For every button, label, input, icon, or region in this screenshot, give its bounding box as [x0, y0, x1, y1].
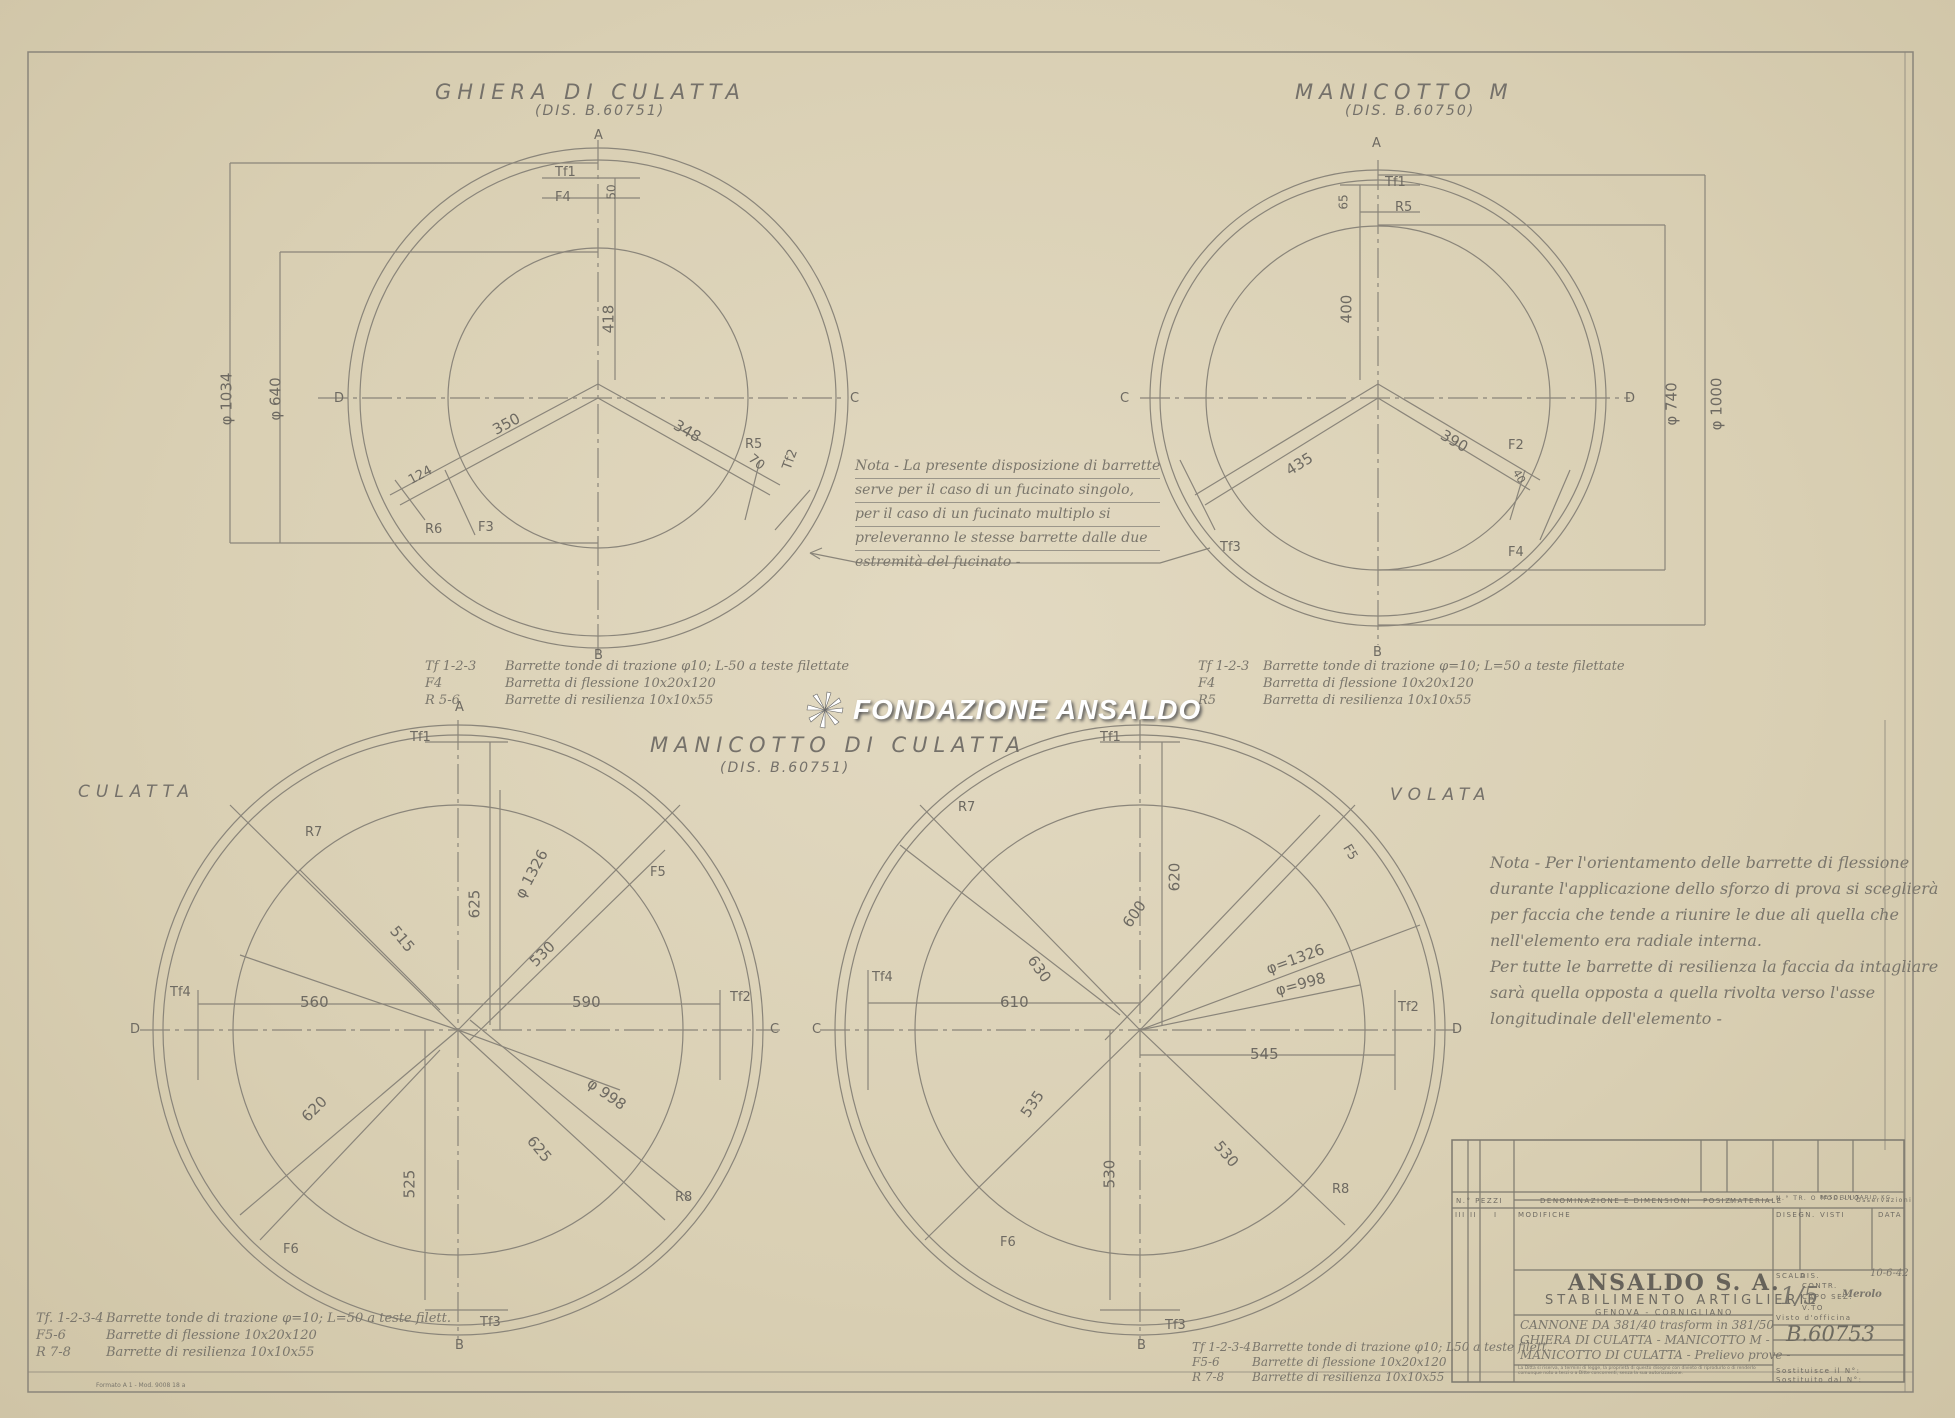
ghiera-axis-c: C [850, 391, 859, 406]
vol-label-tf2: Tf2 [1398, 1000, 1419, 1015]
volata-label: VOLATA [1390, 785, 1491, 805]
cul-label-f5: F5 [650, 865, 666, 880]
manicotto-m-title: MANICOTTO M [1295, 80, 1514, 104]
ghiera-title: GHIERA DI CULATTA [435, 80, 746, 104]
legend-text: Barretta di flessione 10x20x120 [505, 676, 716, 691]
legend-text: Barrette tonde di trazione φ=10; L=50 a … [106, 1311, 451, 1326]
tb-mod-modifiche: MODIFICHE [1518, 1211, 1571, 1219]
mm-label-f2: F2 [1508, 438, 1524, 453]
cul-dim-590: 590 [572, 993, 601, 1011]
tb-mod-ii: II [1470, 1211, 1477, 1219]
cul-label-tf4: Tf4 [170, 985, 191, 1000]
note-line: sarà quella opposta a quella rivolta ver… [1490, 980, 1938, 1006]
vol-label-tf4: Tf4 [872, 970, 893, 985]
legend-code: F4 [425, 675, 505, 692]
tb-sostituisce: Sostituisce il N°: [1776, 1367, 1860, 1375]
legend-text: Barretta di flessione 10x20x120 [1263, 676, 1474, 691]
company-division: STABILIMENTO ARTIGLIERIE [1545, 1293, 1820, 1308]
vol-label-tf3: Tf3 [1165, 1318, 1186, 1333]
mm-axis-d: D [1625, 391, 1635, 406]
cul-label-tf2: Tf2 [730, 990, 751, 1005]
cul-axis-d: D [130, 1022, 140, 1037]
ghiera-legend: Tf 1-2-3Barrette tonde di trazione φ10; … [425, 658, 849, 709]
note-line: Per tutte le barrette di resilienza la f… [1490, 954, 1938, 980]
vol-label-r7: R7 [958, 800, 975, 815]
note-line: Nota - La presente disposizione di barre… [855, 455, 1160, 479]
culatta-label: CULATTA [78, 782, 195, 802]
ghiera-label-tf1: Tf1 [555, 165, 576, 180]
legend-code: Tf 1-2-3 [1198, 658, 1263, 675]
ghiera-axis-a: A [594, 128, 603, 143]
watermark-text: FONDAZIONE ANSALDO [853, 694, 1201, 726]
mm-label-r5: R5 [1395, 200, 1412, 215]
tb-sostituito: Sostituito dal N°: [1776, 1376, 1862, 1384]
tb-vto-label: V.TO [1802, 1304, 1824, 1312]
note-line: preleveranno le stesse barrette dalle du… [855, 527, 1160, 551]
note-line: per il caso di un fucinato multiplo si [855, 503, 1160, 527]
note-line: Nota - Per l'orientamento delle barrette… [1490, 850, 1938, 876]
legend-text: Barrette tonde di trazione φ10; L-50 a t… [505, 659, 849, 674]
document-number: B.60753 [1786, 1322, 1875, 1346]
manicotto-m-ref: (DIS. B.60750) [1345, 103, 1475, 119]
legend-code: R 7-8 [36, 1344, 106, 1361]
signature-name: Merolo [1842, 1289, 1882, 1300]
mm-dim-400: 400 [1337, 295, 1355, 324]
cul-label-tf3: Tf3 [480, 1315, 501, 1330]
cul-label-r8: R8 [675, 1190, 692, 1205]
legend-text: Barrette tonde di trazione φ10; L50 a te… [1252, 1340, 1550, 1354]
manicotto-m-legend: Tf 1-2-3Barrette tonde di trazione φ=10;… [1198, 658, 1625, 709]
manicotto-m-view [1140, 160, 1705, 645]
vol-dim-610: 610 [1000, 993, 1029, 1011]
cul-dim-625: 625 [465, 890, 483, 919]
ghiera-ref: (DIS. B.60751) [535, 103, 665, 119]
subject-line: CANNONE DA 381/40 trasform in 381/50 [1520, 1318, 1790, 1333]
cul-axis-b: B [455, 1338, 464, 1353]
legend-code: Tf 1-2-3-4 [1192, 1340, 1252, 1355]
vol-axis-d: D [1452, 1022, 1462, 1037]
note-line: durante l'applicazione dello sforzo di p… [1490, 876, 1938, 902]
mm-label-f4: F4 [1508, 545, 1524, 560]
ghiera-label-f4: F4 [555, 190, 571, 205]
signature-date: 10-6-42 [1870, 1268, 1909, 1279]
ghiera-label-r5: R5 [745, 437, 762, 452]
ghiera-dim-inner: φ 640 [267, 377, 285, 420]
form-code: Formato A 1 - Mod. 9008 18 a [96, 1382, 185, 1389]
company-location: GENOVA - CORNIGLIANO [1595, 1308, 1733, 1317]
legend-text: Barrette di flessione 10x20x120 [106, 1328, 317, 1343]
note-fucinato: Nota - La presente disposizione di barre… [855, 455, 1160, 574]
tb-header-denominazione: DENOMINAZIONE E DIMENSIONI [1540, 1197, 1691, 1205]
vol-dim-530: 530 [1100, 1160, 1118, 1189]
note-line: per faccia che tende a riunire le due al… [1490, 902, 1938, 928]
ghiera-view [230, 140, 848, 655]
legend-code: F5-6 [1192, 1355, 1252, 1370]
vol-label-tf1: Tf1 [1100, 730, 1121, 745]
volata-legend: Tf 1-2-3-4Barrette tonde di trazione φ10… [1192, 1340, 1550, 1385]
culatta-view [140, 720, 780, 1340]
culatta-legend: Tf. 1-2-3-4Barrette tonde di trazione φ=… [36, 1310, 451, 1361]
legend-text: Barrette di resilienza 10x10x55 [106, 1345, 314, 1360]
mm-axis-c: C [1120, 391, 1129, 406]
tb-header-osservazioni: Osservazioni [1856, 1197, 1912, 1204]
drawing-sheet: GHIERA DI CULATTA (DIS. B.60751) MANICOT… [0, 0, 1955, 1418]
cul-dim-525: 525 [400, 1170, 418, 1199]
legend-code: F4 [1198, 675, 1263, 692]
tb-dis-label: DIS. [1800, 1272, 1820, 1280]
legend-text: Barrette di flessione 10x20x120 [1252, 1355, 1447, 1369]
mm-dim-inner: φ 740 [1663, 382, 1681, 425]
ghiera-label-f3: F3 [478, 520, 494, 535]
fondazione-ansaldo-watermark: FONDAZIONE ANSALDO [805, 690, 1201, 730]
legend-code: F5-6 [36, 1327, 106, 1344]
legend-code: R5 [1198, 692, 1263, 709]
tb-mod-iii: III [1455, 1211, 1466, 1219]
vol-label-r8: R8 [1332, 1182, 1349, 1197]
note-line: estremità del fucinato - [855, 551, 1160, 574]
ghiera-label-r6: R6 [425, 522, 442, 537]
legend-code: R 7-8 [1192, 1370, 1252, 1385]
tb-mod-i: I [1494, 1211, 1498, 1219]
legend-text: Barrette di resilienza 10x10x55 [505, 693, 713, 708]
note-line: nell'elemento era radiale interna. [1490, 928, 1938, 954]
ansaldo-logo-icon [805, 690, 845, 730]
tb-mod-disegn: DISEGN. [1776, 1211, 1816, 1219]
mm-dim-outer: φ 1000 [1707, 378, 1725, 431]
vol-axis-c: C [812, 1022, 821, 1037]
tb-mod-data: DATA [1878, 1211, 1902, 1219]
mm-dim-65: 65 [1337, 194, 1351, 209]
mm-label-tf3: Tf3 [1220, 540, 1241, 555]
vol-axis-b: B [1137, 1338, 1146, 1353]
ghiera-dim-50: 50 [605, 184, 619, 199]
ghiera-dim-outer: φ 1034 [217, 373, 235, 426]
vol-label-f6: F6 [1000, 1235, 1016, 1250]
volata-view [820, 720, 1455, 1340]
legend-code: Tf 1-2-3 [425, 658, 505, 675]
cul-axis-c: C [770, 1022, 779, 1037]
legend-code: Tf. 1-2-3-4 [36, 1310, 106, 1327]
tb-contr-label: CONTR. [1802, 1282, 1838, 1290]
legend-text: Barrette di resilienza 10x10x55 [1252, 1370, 1444, 1384]
vol-dim-545: 545 [1250, 1045, 1279, 1063]
note-orientamento: Nota - Per l'orientamento delle barrette… [1490, 850, 1938, 1032]
ghiera-axis-d: D [334, 391, 344, 406]
copyright-note: La Ditta si riserva, a termini di legge,… [1518, 1366, 1768, 1376]
ghiera-dim-418: 418 [599, 305, 617, 334]
manicotto-culatta-title: MANICOTTO DI CULATTA [650, 733, 1026, 757]
cul-dim-560: 560 [300, 993, 329, 1011]
vol-dim-620: 620 [1165, 863, 1183, 892]
note-line: serve per il caso di un fucinato singolo… [855, 479, 1160, 503]
legend-text: Barrette tonde di trazione φ=10; L=50 a … [1263, 659, 1625, 674]
mm-label-tf1: Tf1 [1385, 175, 1406, 190]
subject-line: MANICOTTO DI CULATTA - Prelievo prove - [1520, 1348, 1790, 1363]
tb-header-materiale: MATERIALE [1730, 1197, 1783, 1205]
subject-block: CANNONE DA 381/40 trasform in 381/50 GHI… [1520, 1318, 1790, 1363]
legend-code: R 5-6 [425, 692, 505, 709]
cul-label-f6: F6 [283, 1242, 299, 1257]
cul-label-r7: R7 [305, 825, 322, 840]
mm-axis-a: A [1372, 136, 1381, 151]
tb-header-pezzi: N.° PEZZI [1456, 1197, 1503, 1205]
manicotto-culatta-ref: (DIS. B.60751) [720, 760, 850, 776]
subject-line: GHIERA DI CULATTA - MANICOTTO M - [1520, 1333, 1790, 1348]
tb-visto-officina: Visto d'officina [1776, 1314, 1852, 1322]
legend-text: Barretta di resilienza 10x10x55 [1263, 693, 1472, 708]
cul-label-tf1: Tf1 [410, 730, 431, 745]
tb-mod-visti: VISTI [1820, 1211, 1845, 1219]
note-line: longitudinale dell'elemento - [1490, 1006, 1938, 1032]
